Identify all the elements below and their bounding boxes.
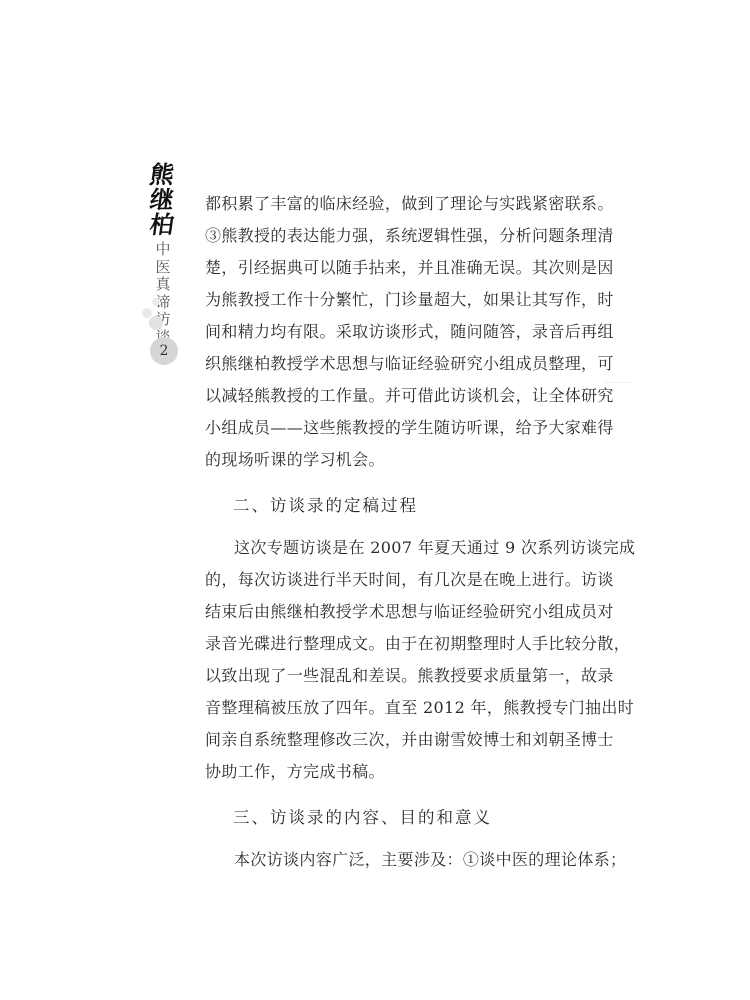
section-heading-3: 三、访谈录的内容、目的和意义 xyxy=(205,802,610,834)
text-line: 的现场听课的学习机会。 xyxy=(205,444,610,476)
text-line: 结束后由熊继柏教授学术思想与临证经验研究小组成员对 xyxy=(205,596,610,628)
author-calligraphy: 熊 继 柏 xyxy=(150,162,174,237)
page-number-badge: 2 xyxy=(150,337,178,365)
book-page: 熊 继 柏 中 医 真 谛 访 谈 录 2 都积累了丰富的临床经验，做到了理论与… xyxy=(0,0,750,1000)
spacer xyxy=(205,522,610,532)
text-line: 以减轻熊教授的工作量。并可借此访谈机会，让全体研究 xyxy=(205,380,610,412)
paragraph-2: 这次专题访谈是在 2007 年夏天通过 9 次系列访谈完成 的，每次访谈进行半天… xyxy=(205,532,610,788)
text-line: 录音光碟进行整理成文。由于在初期整理时人手比较分散， xyxy=(205,628,610,660)
author-char: 熊 xyxy=(148,162,176,187)
spacer xyxy=(205,834,610,844)
text-line: 音整理稿被压放了四年。直至 2012 年，熊教授专门抽出时 xyxy=(205,692,610,724)
text-line: 间和精力均有限。采取访谈形式，随问随答，录音后再组 xyxy=(205,316,610,348)
decorative-dots-icon xyxy=(140,296,170,336)
author-char: 柏 xyxy=(148,212,176,237)
text-line: 织熊继柏教授学术思想与临证经验研究小组成员整理，可 xyxy=(205,348,610,380)
section-heading-2: 二、访谈录的定稿过程 xyxy=(205,490,610,522)
paragraph-3: 本次访谈内容广泛，主要涉及：①谈中医的理论体系； xyxy=(205,844,610,876)
text-line: 本次访谈内容广泛，主要涉及：①谈中医的理论体系； xyxy=(205,844,610,876)
title-char: 真 xyxy=(155,276,170,294)
spacer xyxy=(205,476,610,490)
text-line: 协助工作，方完成书稿。 xyxy=(205,756,610,788)
text-line: 这次专题访谈是在 2007 年夏天通过 9 次系列访谈完成 xyxy=(205,532,610,564)
title-char: 医 xyxy=(155,259,170,277)
text-line: 以致出现了一些混乱和差误。熊教授要求质量第一，故录 xyxy=(205,660,610,692)
text-line: 楚，引经据典可以随手拈来，并且准确无误。其次则是因 xyxy=(205,252,610,284)
text-line: 的，每次访谈进行半天时间，有几次是在晚上进行。访谈 xyxy=(205,564,610,596)
text-line: 为熊教授工作十分繁忙，门诊量超大，如果让其写作，时 xyxy=(205,284,610,316)
paragraph-1: 都积累了丰富的临床经验，做到了理论与实践紧密联系。 ③熊教授的表达能力强，系统逻… xyxy=(205,188,610,476)
text-line: ③熊教授的表达能力强，系统逻辑性强，分析问题条理清 xyxy=(205,220,610,252)
author-char: 继 xyxy=(148,187,176,212)
spacer xyxy=(205,788,610,802)
title-char: 中 xyxy=(155,241,170,259)
text-line: 都积累了丰富的临床经验，做到了理论与实践紧密联系。 xyxy=(205,188,610,220)
body-text: 都积累了丰富的临床经验，做到了理论与实践紧密联系。 ③熊教授的表达能力强，系统逻… xyxy=(205,188,610,876)
text-line: 小组成员——这些熊教授的学生随访听课，给予大家难得 xyxy=(205,412,610,444)
text-line: 间亲自系统整理修改三次，并由谢雪姣博士和刘朝圣博士 xyxy=(205,724,610,756)
